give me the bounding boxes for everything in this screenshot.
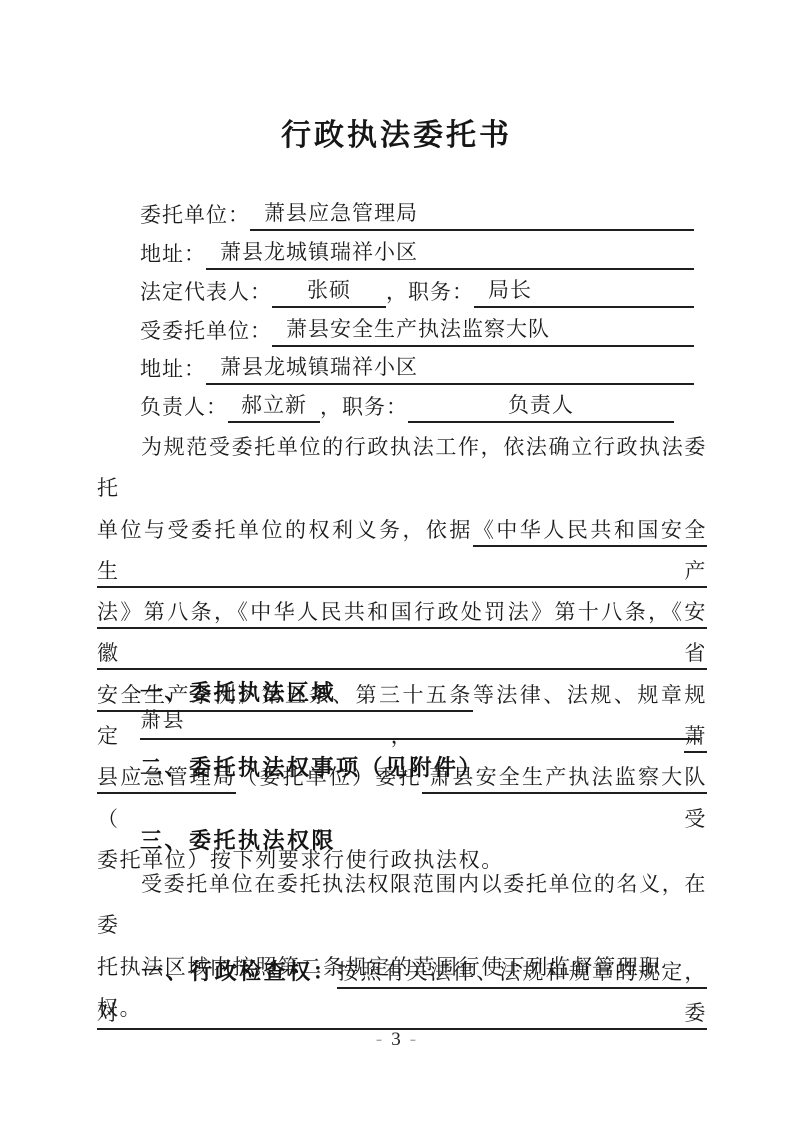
paragraph-line: 法》第八条，《中华人民共和国行政处罚法》第十八条，《安徽省	[97, 592, 707, 675]
paragraph-line: 为规范受委托单位的行政执法工作，依法确立行政执法委托	[97, 427, 707, 510]
paragraph-line: 单位与受委托单位的权利义务，依据《中华人民共和国安全生产	[97, 510, 707, 593]
field-value-underlined: 局长	[474, 274, 694, 308]
field-label: 负责人：	[140, 391, 228, 423]
section-heading-2: 二、委托执法权事项（见附件）	[140, 751, 483, 782]
field-label: 地址：	[140, 353, 206, 385]
field-value-underlined: 萧县龙城镇瑞祥小区	[206, 236, 694, 270]
page-number: -3-	[0, 1029, 793, 1051]
inspection-right-item: 一、行政检查权：按照有关法律、法规和规章的规定，对委	[97, 951, 707, 1035]
field-value-underlined: 郝立新	[228, 389, 320, 423]
section-heading-3: 三、委托执法权限	[140, 824, 336, 855]
field-value-underlined: 萧县安全生产执法监察大队	[272, 313, 694, 347]
field-label: 地址：	[140, 238, 206, 270]
field-label: 受委托单位：	[140, 315, 272, 347]
form-row-responsible-person: 负责人： 郝立新 ，职务： 负责人	[140, 385, 694, 423]
field-label: 委托单位：	[140, 199, 250, 231]
paragraph-line: 受委托单位在委托执法权限范围内以委托单位的名义，在委	[97, 864, 707, 947]
form-row-entrusted-unit: 受委托单位： 萧县安全生产执法监察大队	[140, 308, 694, 346]
item-label: 一、行政检查权：	[141, 959, 337, 984]
field-value-underlined: 张硕	[272, 274, 386, 308]
field-value-underlined: 萧县应急管理局	[250, 197, 694, 231]
page-number-dash: -	[410, 1029, 417, 1050]
intro-paragraph: 为规范受委托单位的行政执法工作，依法确立行政执法委托 单位与受委托单位的权利义务…	[97, 427, 707, 881]
form-row-legal-representative: 法定代表人： 张硕 ，职务： 局长	[140, 270, 694, 308]
field-value-underlined: 负责人	[408, 389, 674, 423]
region-value-line: 萧县	[140, 707, 700, 740]
document-title: 行政执法委托书	[0, 110, 793, 154]
page-number-value: 3	[391, 1029, 402, 1050]
delegation-form: 委托单位： 萧县应急管理局 地址： 萧县龙城镇瑞祥小区 法定代表人： 张硕 ，职…	[140, 193, 694, 423]
field-label: 法定代表人：	[140, 276, 272, 308]
form-row-entrusting-address: 地址： 萧县龙城镇瑞祥小区	[140, 231, 694, 269]
form-row-entrusting-unit: 委托单位： 萧县应急管理局	[140, 193, 694, 231]
section-heading-1: 一、委托执法区域	[140, 676, 336, 707]
document-page: 行政执法委托书 委托单位： 萧县应急管理局 地址： 萧县龙城镇瑞祥小区 法定代表…	[0, 0, 793, 1122]
field-label: ，职务：	[320, 391, 408, 423]
field-value-underlined: 萧县龙城镇瑞祥小区	[206, 351, 694, 385]
page-number-dash: -	[376, 1029, 383, 1050]
form-row-entrusted-address: 地址： 萧县龙城镇瑞祥小区	[140, 347, 694, 385]
field-label: ，职务：	[386, 276, 474, 308]
underlined-text: 法》第八条，《中华人民共和国行政处罚法》第十八条，《安徽省	[97, 600, 707, 670]
